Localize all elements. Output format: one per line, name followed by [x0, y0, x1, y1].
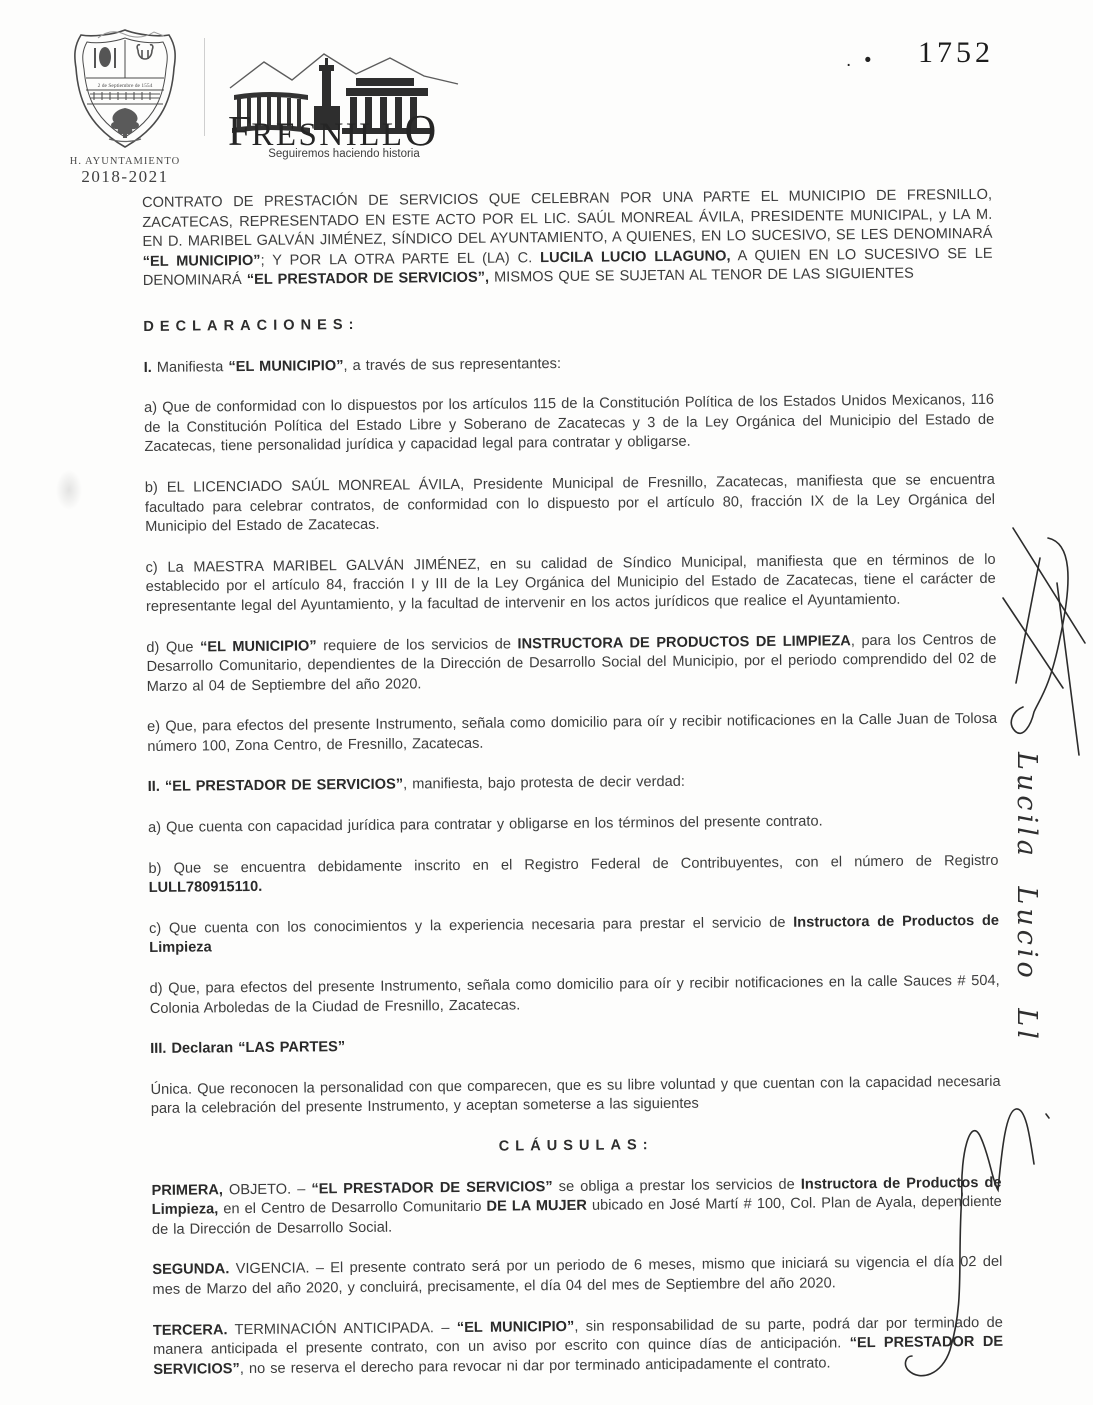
declaration-III: III. Declaran “LAS PARTES”	[150, 1032, 1000, 1060]
clausulas-heading: CLÁUSULAS:	[151, 1133, 1001, 1161]
clause-primera: PRIMERA, OBJETO. – “EL PRESTADOR DE SERV…	[151, 1173, 1002, 1240]
shield-emblem-icon	[137, 45, 153, 59]
shield-band-text: 2 de Septiembre de 1554	[98, 83, 153, 89]
fresnillo-monument-icon: FRESNILLO Seguiremos haciendo historia	[226, 48, 462, 160]
intro-paragraph: CONTRATO DE PRESTACIÓN DE SERVICIOS QUE …	[142, 186, 993, 292]
scan-smudge	[56, 470, 82, 510]
coat-caption-period: 2018-2021	[60, 167, 190, 187]
shield-wall-icon	[90, 92, 160, 100]
signature-flourish-icon	[893, 1078, 1093, 1400]
margin-handwritten-name: Lucila Lucio Ll	[994, 752, 1042, 1082]
folio-ink-mark: . •	[846, 50, 875, 72]
declaration-II-a: a) Que cuenta con capacidad jurídica par…	[148, 811, 998, 839]
declaration-III-unica: Única. Que reconocen la personalidad con…	[151, 1073, 1001, 1120]
folio-number: 1752	[918, 36, 994, 70]
declaration-II-d: d) Que, para efectos del presente Instru…	[150, 972, 1000, 1019]
declaration-II-b: b) Que se encuentra debidamente inscrito…	[148, 851, 998, 898]
shield-tree-icon	[109, 108, 141, 142]
coat-of-arms-icon: 2 de Septiembre de 1554	[64, 26, 186, 154]
scan-edge-squiggle	[96, 26, 166, 44]
declaration-II: II. “EL PRESTADOR DE SERVICIOS”, manifie…	[148, 770, 998, 798]
shield-figure-icon	[94, 47, 116, 68]
declaration-I-a: a) Que de conformidad con lo dispuestos …	[144, 391, 995, 458]
header-divider	[204, 38, 205, 136]
coat-of-arms: 2 de Septiembre de 1554 H. AYUNTAMIENTO …	[60, 26, 190, 187]
logo-tagline: Seguiremos haciendo historia	[268, 148, 420, 160]
declaration-I-b: b) EL LICENCIADO SAÚL MONREAL ÁVILA, Pre…	[145, 471, 996, 538]
declaration-I-c: c) La MAESTRA MARIBEL GALVÁN JIMÉNEZ, en…	[146, 551, 997, 618]
scanned-contract-page: 2 de Septiembre de 1554 H. AYUNTAMIENTO …	[0, 0, 1093, 1405]
clause-segunda: SEGUNDA. VIGENCIA. – El presente contrat…	[152, 1253, 1002, 1300]
declaration-I: I. Manifiesta “EL MUNICIPIO”, a través d…	[144, 350, 994, 378]
contract-body: CONTRATO DE PRESTACIÓN DE SERVICIOS QUE …	[142, 186, 1004, 1401]
fresnillo-logo: FRESNILLO Seguiremos haciendo historia	[226, 48, 462, 165]
declaration-II-c: c) Que cuenta con los conocimientos y la…	[149, 912, 999, 959]
declaraciones-heading: DECLARACIONES:	[143, 310, 993, 338]
coat-caption-ayuntamiento: H. AYUNTAMIENTO	[60, 156, 190, 167]
declaration-I-d: d) Que “EL MUNICIPIO” requiere de los se…	[146, 630, 997, 697]
declaration-I-e: e) Que, para efectos del presente Instru…	[147, 710, 997, 757]
clause-tercera: TERCERA. TERMINACIÓN ANTICIPADA. – “EL M…	[153, 1313, 1004, 1380]
signature-scribble-icon	[993, 503, 1093, 761]
